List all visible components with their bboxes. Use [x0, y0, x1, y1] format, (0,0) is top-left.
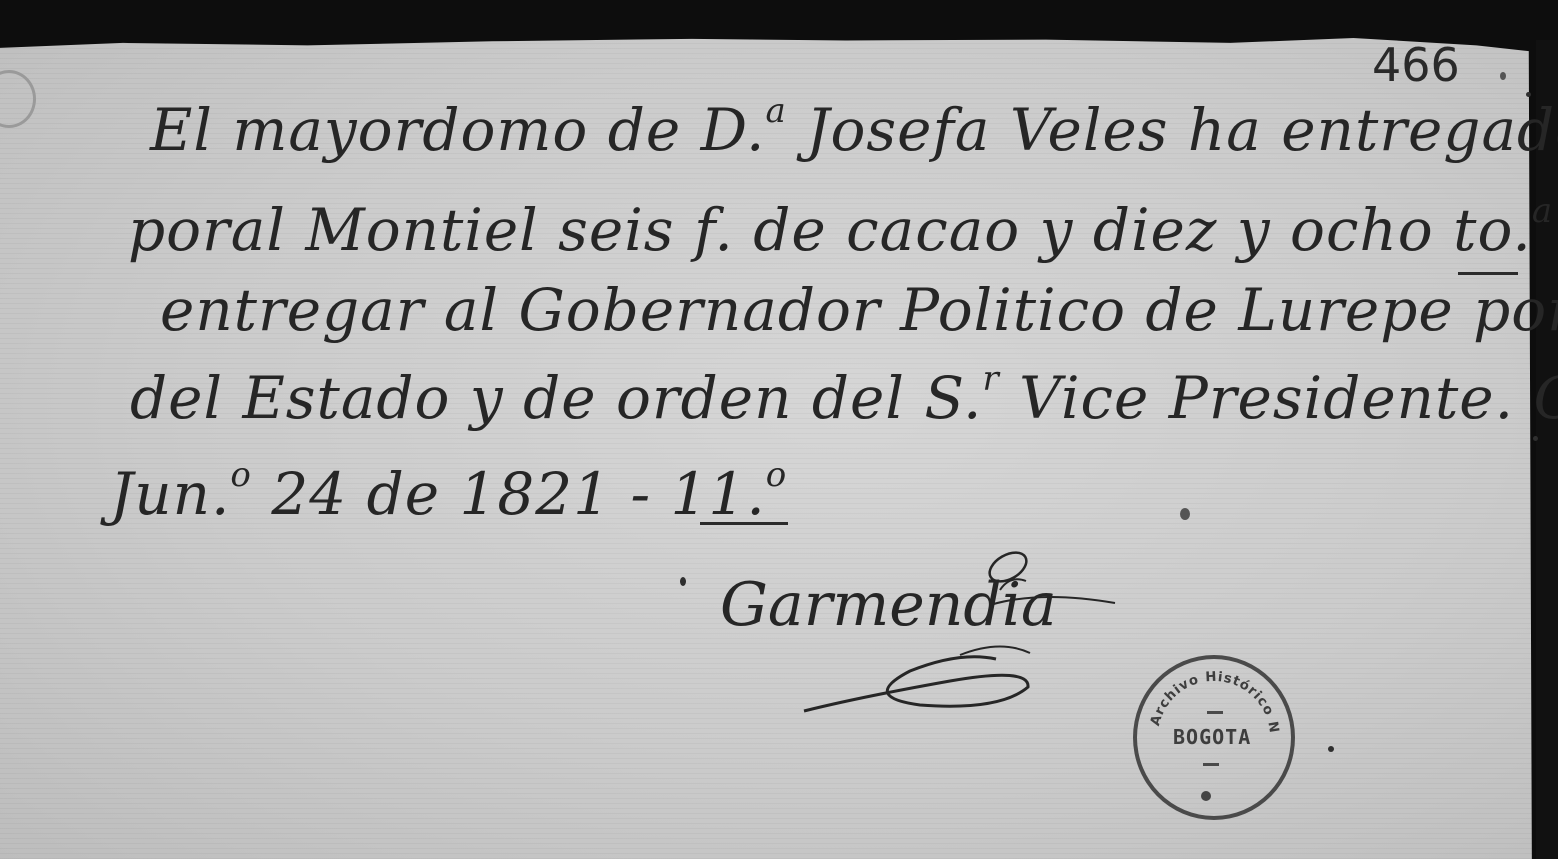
- line-3-text: entregar al Gobernador Politico de Lurep…: [160, 276, 1558, 344]
- ink-speck: [1180, 508, 1190, 520]
- date-month: Jun.: [110, 460, 230, 528]
- archive-stamp: Archivo Histórico Nacional BOGOTA: [1133, 655, 1295, 820]
- line-4-rest: Vice Presidente. Capaya: [1000, 364, 1558, 432]
- line-3-flourish: [1458, 272, 1518, 275]
- folio-number: 466: [1372, 38, 1460, 92]
- manuscript-line-4: del Estado y de orden del S.r Vice Presi…: [130, 364, 1558, 432]
- line-4-superscript: r: [982, 359, 999, 399]
- line-2-rest: de cacao y diez y ocho: [734, 196, 1434, 264]
- signature-flourish-icon: [980, 545, 1120, 645]
- stamp-dash-top: [1207, 711, 1223, 714]
- manuscript-line-1: El mayordomo de D.a Josefa Veles ha entr…: [150, 96, 1558, 164]
- manuscript-line-2: poral Montiel seis f. de cacao y diez y …: [128, 196, 1558, 264]
- line-2-text: poral Montiel seis f.: [128, 196, 734, 264]
- stamp-dash-bottom: [1203, 763, 1219, 766]
- stamp-star-icon: [1201, 791, 1211, 801]
- manuscript-line-3: entregar al Gobernador Politico de Lurep…: [160, 276, 1558, 344]
- ink-speck: [1500, 72, 1506, 80]
- manuscript-date-line: Jun.o 24 de 1821 - 11.o: [110, 460, 787, 528]
- svg-text:Archivo Histórico Nacional: Archivo Histórico Nacional: [1137, 659, 1281, 735]
- ink-speck: [1526, 92, 1531, 97]
- document-scan: 466 El mayordomo de D.a Josefa Veles ha …: [0, 0, 1558, 859]
- date-underline: [700, 522, 788, 525]
- line-1-text: El mayordomo de D.: [150, 96, 765, 164]
- line-2-tail2: p.: [1553, 196, 1558, 264]
- ink-speck: [1533, 436, 1538, 441]
- signature-rubric-icon: [800, 645, 1040, 715]
- line-1-superscript: a: [765, 91, 786, 131]
- line-2-tail-superscript: a: [1532, 191, 1553, 231]
- line-1-rest: Josefa Veles ha entregado al Ca-: [787, 96, 1558, 164]
- line-2-tail: to.: [1434, 196, 1532, 264]
- date-superscript: o: [766, 455, 787, 495]
- date-rest: 24 de 1821 - 11.: [252, 460, 766, 528]
- line-4-text: del Estado y de orden del S.: [130, 364, 982, 432]
- stamp-ring-text: Archivo Histórico Nacional: [1137, 659, 1281, 735]
- ink-speck: [1328, 746, 1334, 752]
- stamp-center-text: BOGOTA: [1173, 725, 1251, 749]
- ink-speck: [680, 577, 686, 586]
- date-month-superscript: o: [230, 455, 251, 495]
